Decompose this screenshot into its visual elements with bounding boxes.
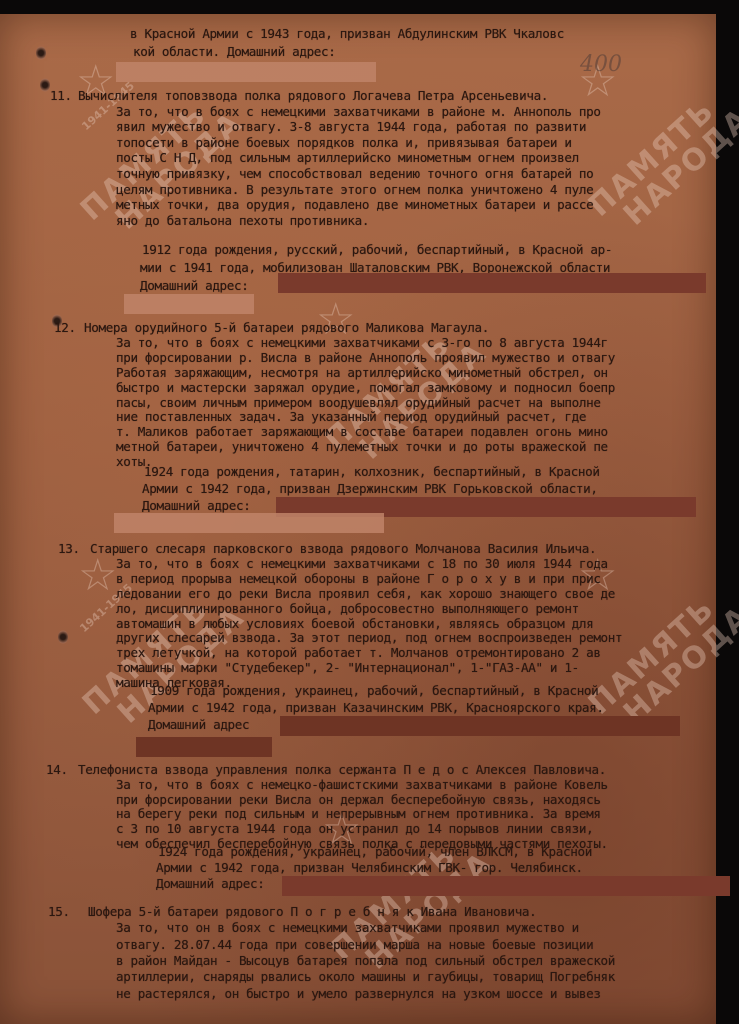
entry-text-line: топосети в районе боевых порядков полка … [116, 137, 572, 150]
redaction-box [124, 294, 254, 314]
bio-line: Домашний адрес: [142, 500, 250, 513]
bio-line: 1912 года рождения, русский, рабочий, бе… [142, 244, 612, 257]
entry-text-line: точную привязку, чем способствовал веден… [116, 168, 593, 181]
bio-line: Армии с 1942 года, призван Дзержинским Р… [142, 483, 598, 496]
entry-number: 13. [58, 543, 80, 556]
watermark: ПАМЯТЬ НАРОДА [584, 81, 739, 245]
entry-text-line: при форсировании р. Висла в районе Анноп… [116, 352, 615, 365]
entry-text-line: За то, что в боях с немецко-фашистскими … [116, 779, 608, 792]
entry-title: Номера орудийного 5-й батареи рядового М… [84, 322, 489, 335]
entry-text-line: автомашин в любых условиях боевой обстан… [116, 618, 593, 631]
entry-text-line: пасы, своим личным примером воодушевлял … [116, 397, 601, 410]
redaction-box [136, 737, 272, 757]
entry-text-line: томашины марки "Студебекер", 2- "Интерна… [116, 662, 579, 675]
watermark-star-icon: ☆ [78, 554, 117, 598]
entry-title: Шофера 5-й батареи рядового П о г р е б … [88, 906, 536, 919]
header-line: кой области. Домашний адрес: [133, 46, 336, 59]
entry-text-line: явил мужество и отвагу. 3-8 августа 1944… [116, 121, 586, 134]
entry-text-line: За то, что он в боях с немецкими захватч… [116, 922, 579, 935]
entry-text-line: ние поставленных задач. За указанный пер… [116, 411, 586, 424]
redaction-box [114, 513, 384, 533]
entry-text-line: в район Майдан - Высоцув батарея попала … [116, 955, 615, 968]
staple-hole [36, 46, 46, 60]
bio-line: 1924 года рождения, татарин, колхозник, … [144, 466, 600, 479]
entry-text-line: ло, дисциплинированного бойца, добросове… [116, 603, 579, 616]
bio-line: Домашний адрес [148, 719, 249, 732]
bio-line: Армии с 1942 года, призван Казачинским Р… [148, 702, 604, 715]
entry-text-line: За то, что в боях с немецкими захватчика… [116, 337, 608, 350]
entry-text-line: с 3 по 10 августа 1944 года он устранил … [116, 823, 593, 836]
redaction-box [280, 716, 680, 736]
entry-text-line: метной батареи, уничтожено 4 пулеметных … [116, 441, 608, 454]
entry-text-line: За то, что в боях с немецкими захватчика… [116, 106, 601, 119]
redaction-box [116, 62, 376, 82]
entry-text-line: Работая заряжающим, несмотря на артиллер… [116, 367, 608, 380]
header-line: в Красной Армии с 1943 года, призван Абд… [130, 28, 564, 41]
staple-hole [58, 630, 68, 644]
entry-number: 14. [46, 764, 68, 777]
bio-line: 1924 года рождения, украинец, рабочий, ч… [158, 846, 592, 859]
bio-line: Домашний адрес: [140, 280, 248, 293]
redaction-box [282, 876, 730, 896]
entry-text-line: отвагу. 28.07.44 года при совершении мар… [116, 939, 593, 952]
bio-line: Армии с 1942 года, призван Челябинским Г… [156, 862, 583, 875]
bio-line: Домашний адрес: [156, 878, 264, 891]
entry-text-line: не растерялся, он быстро и умело разверн… [116, 988, 601, 1001]
entry-text-line: яно до батальона пехоты противника. [116, 215, 369, 228]
staple-hole [40, 78, 50, 92]
entry-text-line: посты С Н Д, под сильным артиллерийско м… [116, 152, 579, 165]
redaction-box [278, 273, 706, 293]
entry-text-line: при форсировании реки Висла он держал бе… [116, 794, 601, 807]
entry-text-line: на берегу реки под сильным и непрерывным… [116, 808, 601, 821]
entry-title: Телефониста взвода управления полка серж… [78, 764, 606, 777]
entry-title: Старшего слесаря парковского взвода рядо… [90, 543, 596, 556]
entry-text-line: целям противника. В результате этого огн… [116, 184, 593, 197]
handwritten-mark: 400 [580, 52, 622, 77]
entry-number: 15. [48, 906, 70, 919]
entry-text-line: быстро и мастерски заряжал орудие, помог… [116, 382, 615, 395]
entry-text-line: артиллерии, снаряды рвались около машины… [116, 971, 615, 984]
entry-text-line: т. Маликов работает заряжающим в составе… [116, 426, 608, 439]
entry-title: Вычислителя топовзвода полка рядового Ло… [78, 90, 548, 103]
entry-number: 12. [54, 322, 76, 335]
entry-text-line: За то, что в боях с немецкими захватчика… [116, 558, 608, 571]
entry-text-line: ледовании его до реки Висла проявил себя… [116, 588, 615, 601]
entry-text-line: метных точки, два орудия, подавлено две … [116, 199, 593, 212]
entry-number: 11. [50, 90, 72, 103]
bio-line: 1909 года рождения, украинец, рабочий, б… [150, 685, 598, 698]
entry-text-line: других слесарей взвода. За этот период, … [116, 632, 622, 645]
entry-text-line: в период прорыва немецкой обороны в райо… [116, 573, 601, 586]
entry-text-line: трех летучкой, на которой работает т. Мо… [116, 647, 601, 660]
